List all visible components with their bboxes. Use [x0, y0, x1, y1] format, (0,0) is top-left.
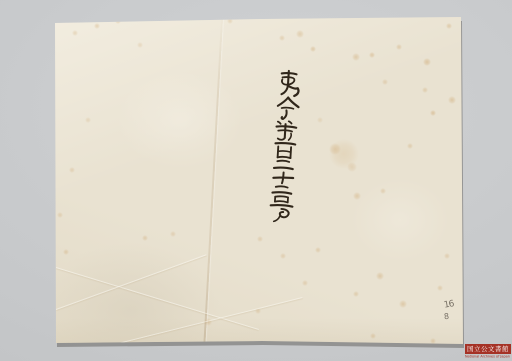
kanji-hyaku	[275, 143, 296, 159]
pencil-note-16: 16	[443, 299, 454, 310]
kanji-dai	[276, 121, 297, 141]
kanji-choku	[280, 70, 299, 96]
watermark-en-label: National Archives of Japan	[465, 355, 491, 358]
archives-watermark: 国立公文書館 National Archives of Japan	[465, 344, 511, 360]
kanji-juu	[273, 172, 293, 184]
photo-backdrop: 勅令第百二十二号	[0, 0, 512, 361]
kanji-gou	[270, 196, 293, 223]
watermark-jp-label: 国立公文書館	[465, 344, 511, 354]
pencil-note-8: 8	[444, 312, 450, 321]
kanji-ni-2	[272, 186, 291, 194]
kanji-rei	[277, 97, 299, 120]
kanji-ni-1	[274, 160, 293, 169]
paper-edge-shading	[0, 0, 512, 361]
document-paper: 勅令第百二十二号	[0, 0, 512, 361]
